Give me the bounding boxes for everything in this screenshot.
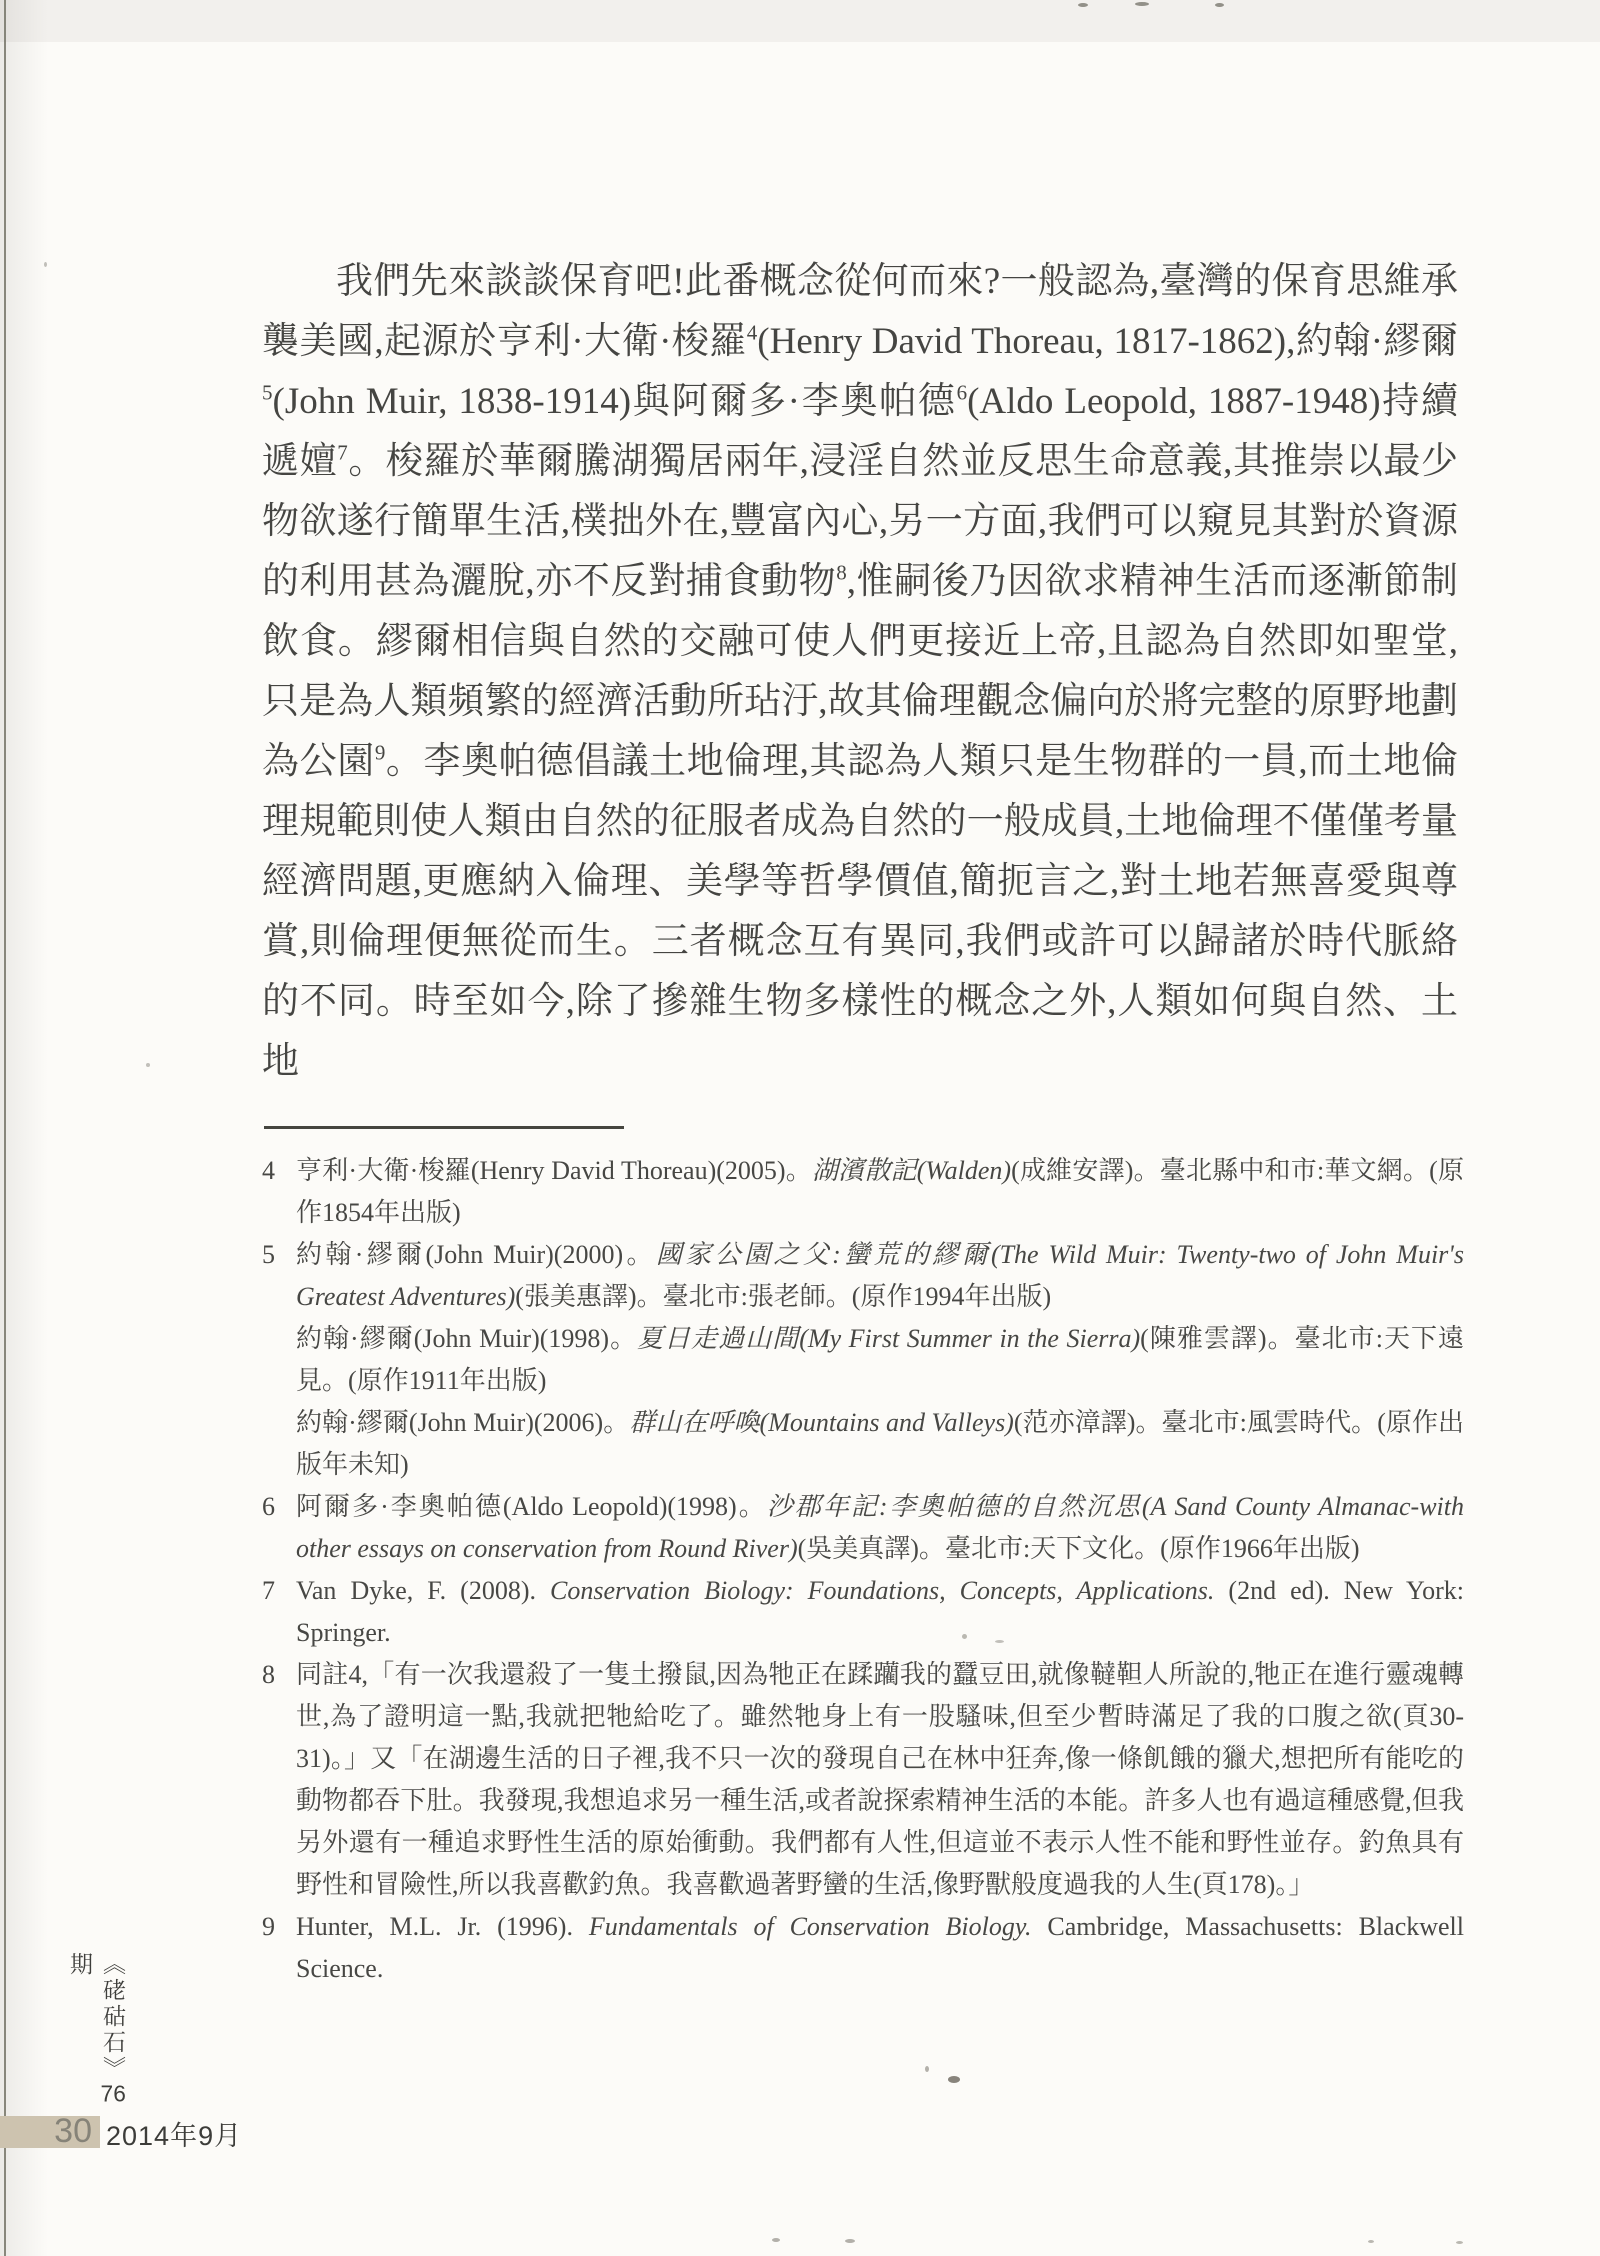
footnote-number: 7 bbox=[262, 1570, 275, 1612]
footnote-entry: 同註4,「有一次我還殺了一隻土撥鼠,因為牠正在蹂躪我的蠶豆田,就像韃靼人所說的,… bbox=[296, 1654, 1464, 1906]
text-run: 阿爾多·李奧帕德(Aldo Leopold)(1998)。 bbox=[296, 1492, 767, 1521]
issue-suffix: 期 bbox=[67, 1952, 93, 1978]
scan-edge-line bbox=[4, 0, 6, 2256]
footnote-item: 4亨利·大衛·梭羅(Henry David Thoreau)(2005)。湖濱散… bbox=[262, 1150, 1464, 1234]
footnote-entry: 亨利·大衛·梭羅(Henry David Thoreau)(2005)。湖濱散記… bbox=[296, 1150, 1464, 1234]
footnote-number: 6 bbox=[262, 1486, 275, 1528]
scan-top-shading bbox=[0, 0, 1600, 42]
footnote-number: 4 bbox=[262, 1150, 275, 1192]
footnote-ref: 7 bbox=[337, 441, 348, 465]
scan-speck bbox=[1215, 3, 1224, 7]
book-title: Conservation Biology: Foundations, Conce… bbox=[550, 1576, 1214, 1605]
footnote-entry: 約翰·繆爾(John Muir)(1998)。夏日走過山間(My First S… bbox=[296, 1318, 1464, 1402]
text-run: (John Muir, 1838-1914)與阿爾多·李奧帕德 bbox=[273, 381, 957, 422]
text-run: 約翰·繆爾(John Muir)(1998)。 bbox=[296, 1324, 637, 1353]
text-run: 。李奧帕德倡議土地倫理,其認為人類只是生物群的一員,而土地倫理規範則使人類由自然… bbox=[262, 741, 1458, 1082]
text-run: Van Dyke, F. (2008). bbox=[296, 1576, 550, 1605]
text-run: (張美惠譯)。臺北市:張老師。(原作1994年出版) bbox=[515, 1282, 1051, 1311]
footnote-entry: 約翰·繆爾(John Muir)(2006)。群山在呼喚(Mountains a… bbox=[296, 1402, 1464, 1486]
footnote-number: 8 bbox=[262, 1654, 275, 1696]
journal-title-vertical: 《硓𥑮石》76期 bbox=[64, 1952, 130, 2122]
text-run: 同註4,「有一次我還殺了一隻土撥鼠,因為牠正在蹂躪我的蠶豆田,就像韃靼人所說的,… bbox=[296, 1660, 1464, 1899]
text-run: 亨利·大衛·梭羅(Henry David Thoreau)(2005)。 bbox=[296, 1156, 812, 1185]
scan-speck bbox=[1368, 2240, 1374, 2243]
footnote-number: 5 bbox=[262, 1234, 275, 1276]
footnote-entry: 約翰·繆爾(John Muir)(2000)。國家公園之父:蠻荒的繆爾(The … bbox=[296, 1234, 1464, 1318]
issue-date: 2014年9月 bbox=[106, 2114, 242, 2153]
page-number-strip: 30 bbox=[0, 2116, 100, 2148]
footnote-item: 7Van Dyke, F. (2008). Conservation Biolo… bbox=[262, 1570, 1464, 1654]
footnote-entry: 阿爾多·李奧帕德(Aldo Leopold)(1998)。沙郡年記:李奧帕德的自… bbox=[296, 1486, 1464, 1570]
scan-left-shadow bbox=[0, 0, 48, 2256]
footnote-ref: 9 bbox=[375, 741, 386, 765]
scanned-page: 我們先來談談保育吧!此番概念從何而來?一般認為,臺灣的保育思維承襲美國,起源於亨… bbox=[0, 0, 1600, 2256]
book-title: Fundamentals of Conservation Biology. bbox=[589, 1912, 1032, 1941]
scan-speck bbox=[1456, 2241, 1463, 2244]
body-paragraph: 我們先來談談保育吧!此番概念從何而來?一般認為,臺灣的保育思維承襲美國,起源於亨… bbox=[262, 252, 1458, 1092]
footnote-divider bbox=[264, 1126, 624, 1129]
footnote-item: 5約翰·繆爾(John Muir)(2000)。國家公園之父:蠻荒的繆爾(The… bbox=[262, 1234, 1464, 1486]
footnote-ref: 4 bbox=[747, 321, 758, 345]
page-number: 30 bbox=[54, 2112, 92, 2151]
text-run: 約翰·繆爾(John Muir)(2000)。 bbox=[296, 1240, 656, 1269]
scan-speck bbox=[1135, 2, 1149, 6]
footnote-item: 9Hunter, M.L. Jr. (1996). Fundamentals o… bbox=[262, 1906, 1464, 1990]
scan-speck bbox=[845, 2239, 855, 2243]
scan-speck bbox=[925, 2066, 929, 2072]
text-run: (吳美真譯)。臺北市:天下文化。(原作1966年出版) bbox=[798, 1534, 1360, 1563]
text-run: 約翰·繆爾(John Muir)(2006)。 bbox=[296, 1408, 629, 1437]
footnote-item: 6阿爾多·李奧帕德(Aldo Leopold)(1998)。沙郡年記:李奧帕德的… bbox=[262, 1486, 1464, 1570]
scan-speck bbox=[948, 2076, 960, 2083]
footnote-ref: 6 bbox=[957, 381, 968, 405]
scan-speck bbox=[772, 2238, 780, 2242]
text-run: (Henry David Thoreau, 1817-1862),約翰·繆爾 bbox=[757, 321, 1458, 362]
footnote-entry: Hunter, M.L. Jr. (1996). Fundamentals of… bbox=[296, 1906, 1464, 1990]
footnote-ref: 8 bbox=[836, 561, 847, 585]
footnote-ref: 5 bbox=[262, 381, 273, 405]
footnotes-section: 4亨利·大衛·梭羅(Henry David Thoreau)(2005)。湖濱散… bbox=[262, 1150, 1464, 1990]
text-run: Hunter, M.L. Jr. (1996). bbox=[296, 1912, 589, 1941]
scan-speck bbox=[1078, 3, 1088, 7]
journal-title: 《硓𥑮石》 bbox=[100, 1952, 126, 2082]
footnote-item: 8同註4,「有一次我還殺了一隻土撥鼠,因為牠正在蹂躪我的蠶豆田,就像韃靼人所說的… bbox=[262, 1654, 1464, 1906]
book-title: 湖濱散記(Walden) bbox=[812, 1156, 1011, 1185]
paragraph-text: 我們先來談談保育吧!此番概念從何而來?一般認為,臺灣的保育思維承襲美國,起源於亨… bbox=[262, 252, 1458, 1092]
scan-speck bbox=[44, 262, 47, 267]
scan-speck bbox=[146, 1063, 150, 1067]
footnote-number: 9 bbox=[262, 1906, 275, 1948]
issue-number: 76 bbox=[100, 2082, 126, 2105]
footnote-entry: Van Dyke, F. (2008). Conservation Biolog… bbox=[296, 1570, 1464, 1654]
book-title: 群山在呼喚(Mountains and Valleys) bbox=[629, 1408, 1014, 1437]
book-title: 夏日走過山間(My First Summer in the Sierra) bbox=[637, 1324, 1140, 1353]
